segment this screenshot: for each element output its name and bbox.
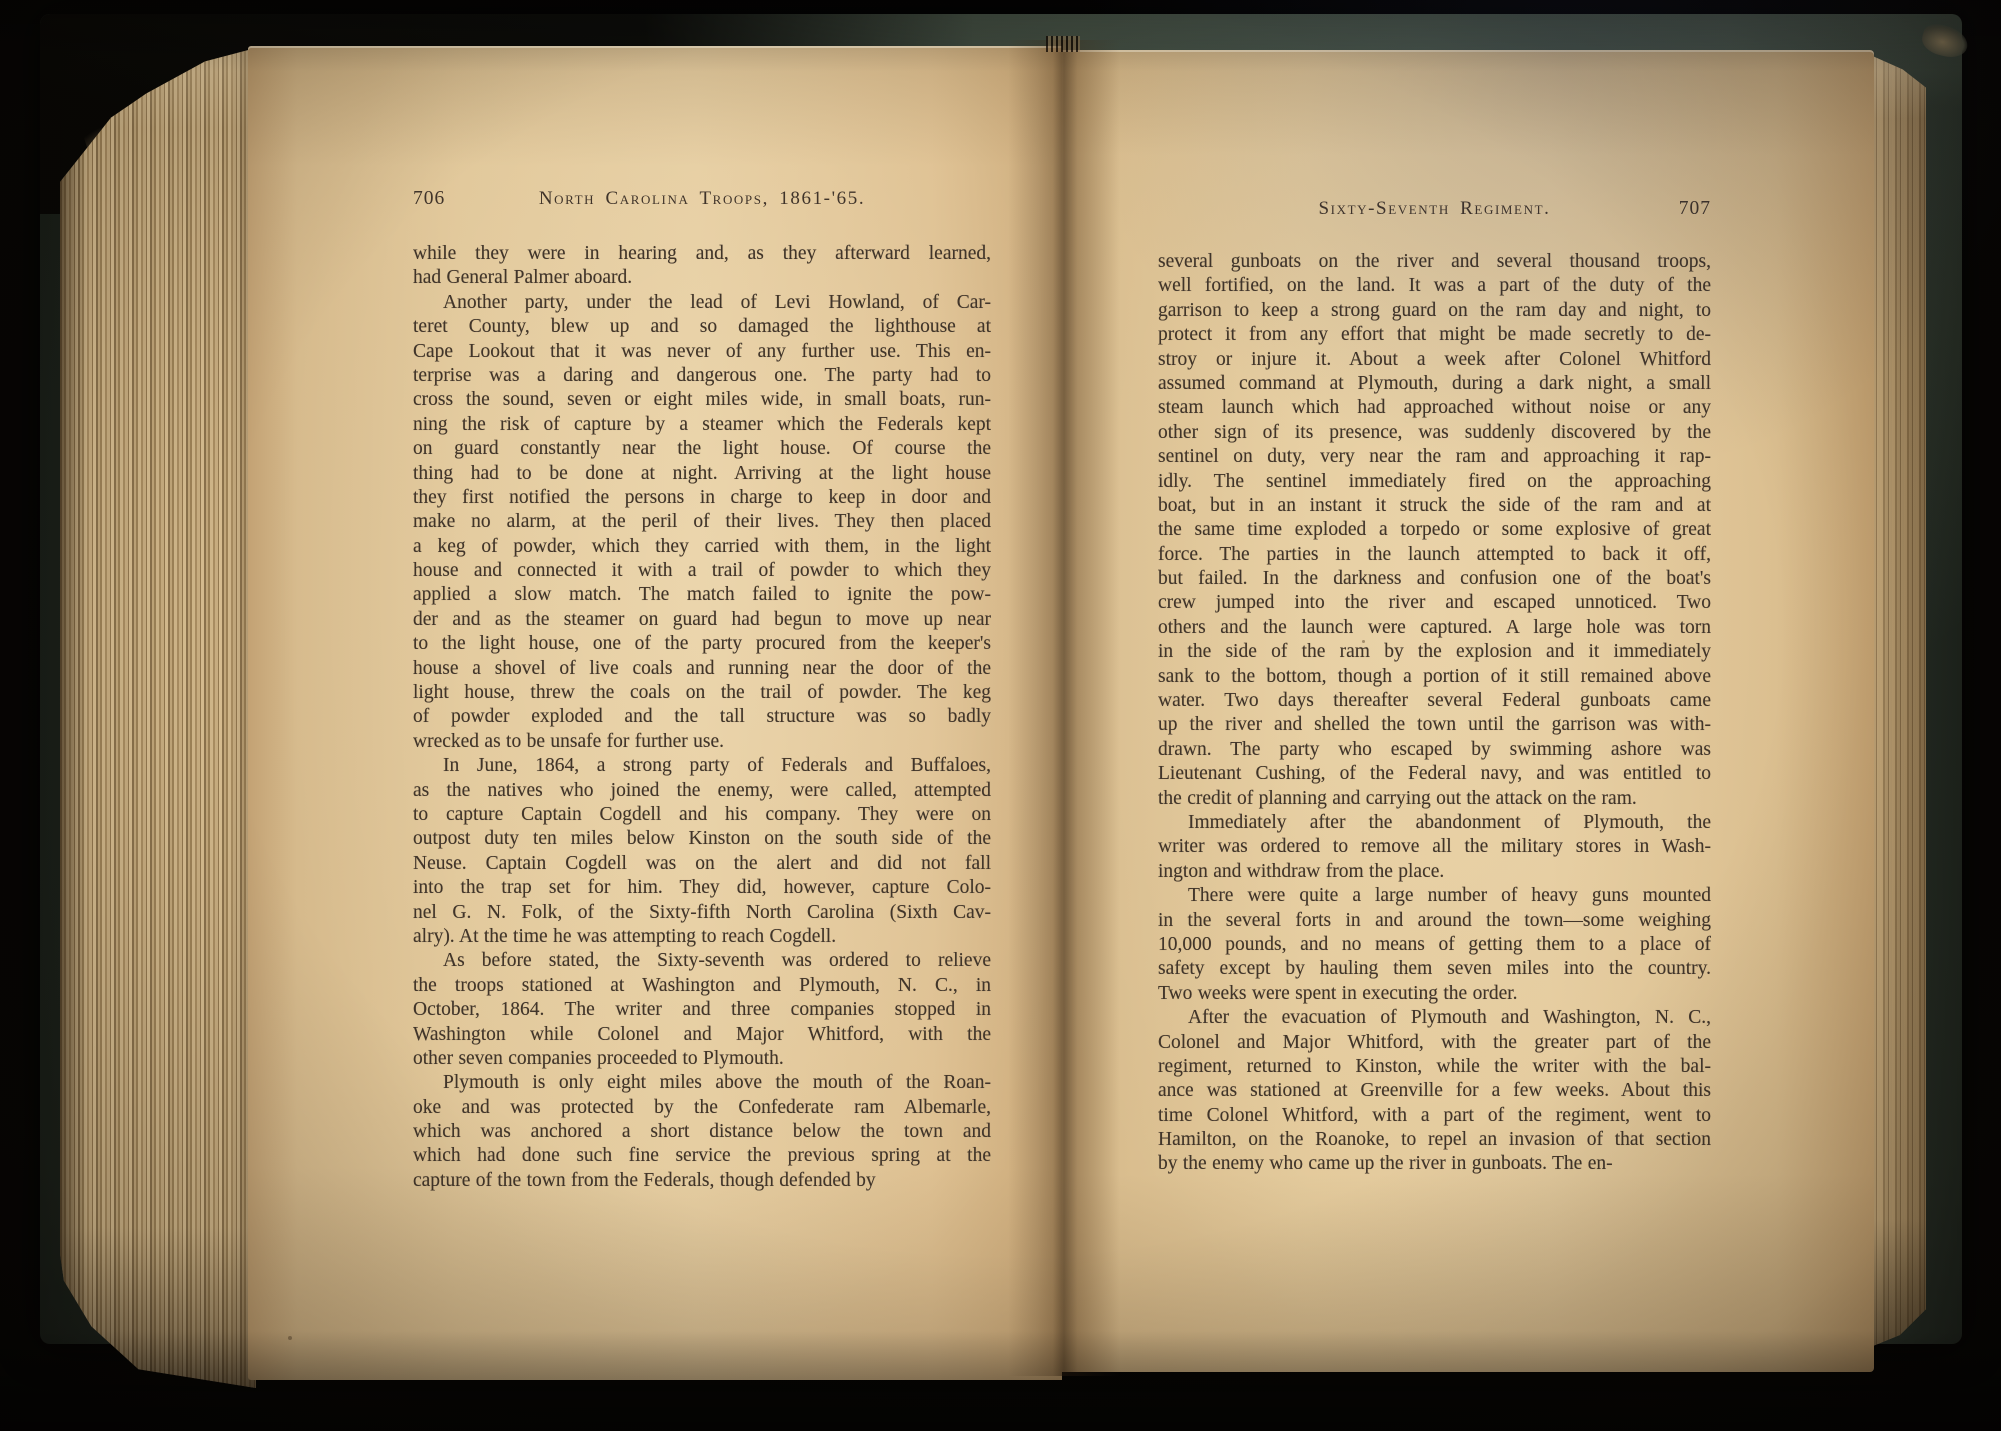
text-line: As before stated, the Sixty-seventh was … xyxy=(413,949,991,973)
text-line: applied a slow match. The match failed t… xyxy=(413,583,991,607)
text-line: by the enemy who came up the river in gu… xyxy=(1158,1152,1711,1176)
text-line: Plymouth is only eight miles above the m… xyxy=(413,1071,991,1095)
text-line: in the side of the ram by the explosion … xyxy=(1158,640,1711,664)
text-line: After the evacuation of Plymouth and Was… xyxy=(1158,1006,1711,1030)
text-line: idly. The sentinel immediately fired on … xyxy=(1158,470,1711,494)
text-line: alry). At the time he was attempting to … xyxy=(413,925,991,949)
photo-background: 706 North Carolina Troops, 1861-'65. whi… xyxy=(0,0,2001,1431)
text-line: but failed. In the darkness and confusio… xyxy=(1158,567,1711,591)
running-title-right: Sixty-Seventh Regiment. xyxy=(1158,198,1711,220)
text-line: had General Palmer aboard. xyxy=(413,266,991,290)
text-line: capture of the town from the Federals, t… xyxy=(413,1169,991,1193)
left-page-edge-stack xyxy=(60,48,256,1388)
text-line: assumed command at Plymouth, during a da… xyxy=(1158,372,1711,396)
text-line: time Colonel Whitford, with a part of th… xyxy=(1158,1104,1711,1128)
text-line: other sign of its presence, was suddenly… xyxy=(1158,421,1711,445)
text-line: force. The parties in the launch attempt… xyxy=(1158,543,1711,567)
text-line: up the river and shelled the town until … xyxy=(1158,713,1711,737)
text-line: thing had to be done at night. Arriving … xyxy=(413,462,991,486)
text-line: oke and was protected by the Confederate… xyxy=(413,1096,991,1120)
paper-speck xyxy=(1362,640,1365,643)
page-right-header: Sixty-Seventh Regiment. 707 xyxy=(1158,198,1711,224)
text-line: drawn. The party who escaped by swimming… xyxy=(1158,738,1711,762)
running-title-left: North Carolina Troops, 1861-'65. xyxy=(413,188,991,210)
text-line: Washington while Colonel and Major Whitf… xyxy=(413,1023,991,1047)
text-line: a keg of powder, which they carried with… xyxy=(413,535,991,559)
text-line: the troops stationed at Washington and P… xyxy=(413,974,991,998)
text-line: which was anchored a short distance belo… xyxy=(413,1120,991,1144)
text-line: Hamilton, on the Roanoke, to repel an in… xyxy=(1158,1128,1711,1152)
text-line: of powder exploded and the tall structur… xyxy=(413,705,991,729)
text-line: Lieutenant Cushing, of the Federal navy,… xyxy=(1158,762,1711,786)
text-line: garrison to keep a strong guard on the r… xyxy=(1158,299,1711,323)
page-left-header: 706 North Carolina Troops, 1861-'65. xyxy=(413,188,991,214)
text-line: the same time exploded a torpedo or some… xyxy=(1158,518,1711,542)
paper-speck xyxy=(288,1336,292,1340)
text-line: der and as the steamer on guard had begu… xyxy=(413,608,991,632)
text-line: regiment, returned to Kinston, while the… xyxy=(1158,1055,1711,1079)
text-line: outpost duty ten miles below Kinston on … xyxy=(413,827,991,851)
text-line: sentinel on duty, very near the ram and … xyxy=(1158,445,1711,469)
text-line: Cape Lookout that it was never of any fu… xyxy=(413,340,991,364)
text-line: to the light house, one of the party pro… xyxy=(413,632,991,656)
text-line: which had done such fine service the pre… xyxy=(413,1144,991,1168)
text-line: teret County, blew up and so damaged the… xyxy=(413,315,991,339)
text-line: water. Two days thereafter several Feder… xyxy=(1158,689,1711,713)
binding-stitches xyxy=(1046,36,1080,52)
text-line: others and the launch were captured. A l… xyxy=(1158,616,1711,640)
text-line: into the trap set for him. They did, how… xyxy=(413,876,991,900)
text-line: well fortified, on the land. It was a pa… xyxy=(1158,274,1711,298)
right-page-edge-stack xyxy=(1868,54,1926,1348)
text-line: Neuse. Captain Cogdell was on the alert … xyxy=(413,852,991,876)
text-line: other seven companies proceeded to Plymo… xyxy=(413,1047,991,1071)
text-line: on guard constantly near the light house… xyxy=(413,437,991,461)
text-line: 10,000 pounds, and no means of getting t… xyxy=(1158,933,1711,957)
text-line: protect it from any effort that might be… xyxy=(1158,323,1711,347)
page-left: 706 North Carolina Troops, 1861-'65. whi… xyxy=(248,46,1062,1380)
text-line: as the natives who joined the enemy, wer… xyxy=(413,779,991,803)
text-line: light house, threw the coals on the trai… xyxy=(413,681,991,705)
page-number-right: 707 xyxy=(1679,198,1711,220)
text-line: October, 1864. The writer and three comp… xyxy=(413,998,991,1022)
text-line: boat, but in an instant it struck the si… xyxy=(1158,494,1711,518)
text-line: nel G. N. Folk, of the Sixty-fifth North… xyxy=(413,901,991,925)
text-line: the credit of planning and carrying out … xyxy=(1158,787,1711,811)
text-line: terprise was a daring and dangerous one.… xyxy=(413,364,991,388)
text-line: wrecked as to be unsafe for further use. xyxy=(413,730,991,754)
text-line: several gunboats on the river and severa… xyxy=(1158,250,1711,274)
gutter-shadow xyxy=(1008,40,1120,1376)
text-line: in the several forts in and around the t… xyxy=(1158,909,1711,933)
text-line: while they were in hearing and, as they … xyxy=(413,242,991,266)
text-line: steam launch which had approached withou… xyxy=(1158,396,1711,420)
text-line: safety except by hauling them seven mile… xyxy=(1158,957,1711,981)
text-line: sank to the bottom, though a portion of … xyxy=(1158,665,1711,689)
text-line: stroy or injure it. About a week after C… xyxy=(1158,348,1711,372)
page-right: Sixty-Seventh Regiment. 707 several gunb… xyxy=(1062,50,1874,1372)
text-line: Immediately after the abandonment of Ply… xyxy=(1158,811,1711,835)
page-right-text: several gunboats on the river and severa… xyxy=(1158,250,1711,1177)
text-line: ning the risk of capture by a steamer wh… xyxy=(413,413,991,437)
text-line: In June, 1864, a strong party of Federal… xyxy=(413,754,991,778)
text-line: ance was stationed at Greenville for a f… xyxy=(1158,1079,1711,1103)
text-line: Two weeks were spent in executing the or… xyxy=(1158,982,1711,1006)
text-line: house a shovel of live coals and running… xyxy=(413,657,991,681)
page-number-left: 706 xyxy=(413,188,445,210)
page-left-text: while they were in hearing and, as they … xyxy=(413,242,991,1193)
text-line: ington and withdraw from the place. xyxy=(1158,860,1711,884)
text-line: cross the sound, seven or eight miles wi… xyxy=(413,388,991,412)
text-line: Another party, under the lead of Levi Ho… xyxy=(413,291,991,315)
text-line: to capture Captain Cogdell and his compa… xyxy=(413,803,991,827)
text-line: Colonel and Major Whitford, with the gre… xyxy=(1158,1031,1711,1055)
text-line: they first notified the persons in charg… xyxy=(413,486,991,510)
text-line: house and connected it with a trail of p… xyxy=(413,559,991,583)
text-line: crew jumped into the river and escaped u… xyxy=(1158,591,1711,615)
text-line: writer was ordered to remove all the mil… xyxy=(1158,835,1711,859)
text-line: There were quite a large number of heavy… xyxy=(1158,884,1711,908)
text-line: make no alarm, at the peril of their liv… xyxy=(413,510,991,534)
